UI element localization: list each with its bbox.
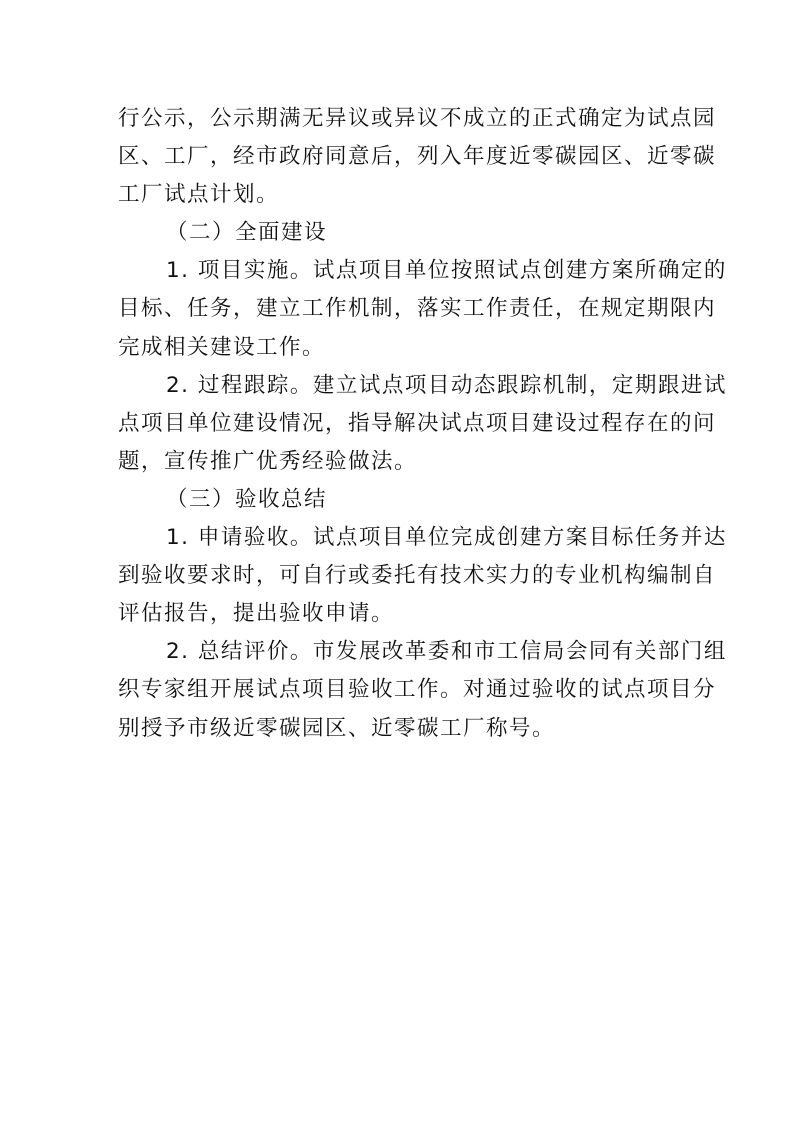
paragraph-line: 2. 过程跟踪。建立试点项目动态跟踪机制，定期跟进试	[118, 367, 678, 405]
section-heading-acceptance-summary: （三）验收总结	[118, 481, 678, 519]
paragraph-line: 评估报告，提出验收申请。	[118, 595, 678, 633]
paragraph-line: 目标、任务，建立工作机制，落实工作责任，在规定期限内	[118, 290, 678, 328]
paragraph-line: 点项目单位建设情况，指导解决试点项目建设过程存在的问	[118, 405, 678, 443]
paragraph-line: 织专家组开展试点项目验收工作。对通过验收的试点项目分	[118, 671, 678, 709]
paragraph-line: 区、工厂，经市政府同意后，列入年度近零碳园区、近零碳	[118, 138, 678, 176]
paragraph-line: 1. 项目实施。试点项目单位按照试点创建方案所确定的	[118, 252, 678, 290]
paragraph-line: 完成相关建设工作。	[118, 329, 678, 367]
paragraph-line: 工厂试点计划。	[118, 176, 678, 214]
paragraph-line: 到验收要求时，可自行或委托有技术实力的专业机构编制自	[118, 557, 678, 595]
paragraph-line: 行公示，公示期满无异议或异议不成立的正式确定为试点园	[118, 100, 678, 138]
paragraph-line: 1. 申请验收。试点项目单位完成创建方案目标任务并达	[118, 519, 678, 557]
paragraph-line: 题，宣传推广优秀经验做法。	[118, 443, 678, 481]
paragraph-line: 别授予市级近零碳园区、近零碳工厂称号。	[118, 710, 678, 748]
section-heading-comprehensive-construction: （二）全面建设	[118, 214, 678, 252]
document-page: 行公示，公示期满无异议或异议不成立的正式确定为试点园 区、工厂，经市政府同意后，…	[118, 100, 678, 748]
paragraph-line: 2. 总结评价。市发展改革委和市工信局会同有关部门组	[118, 633, 678, 671]
